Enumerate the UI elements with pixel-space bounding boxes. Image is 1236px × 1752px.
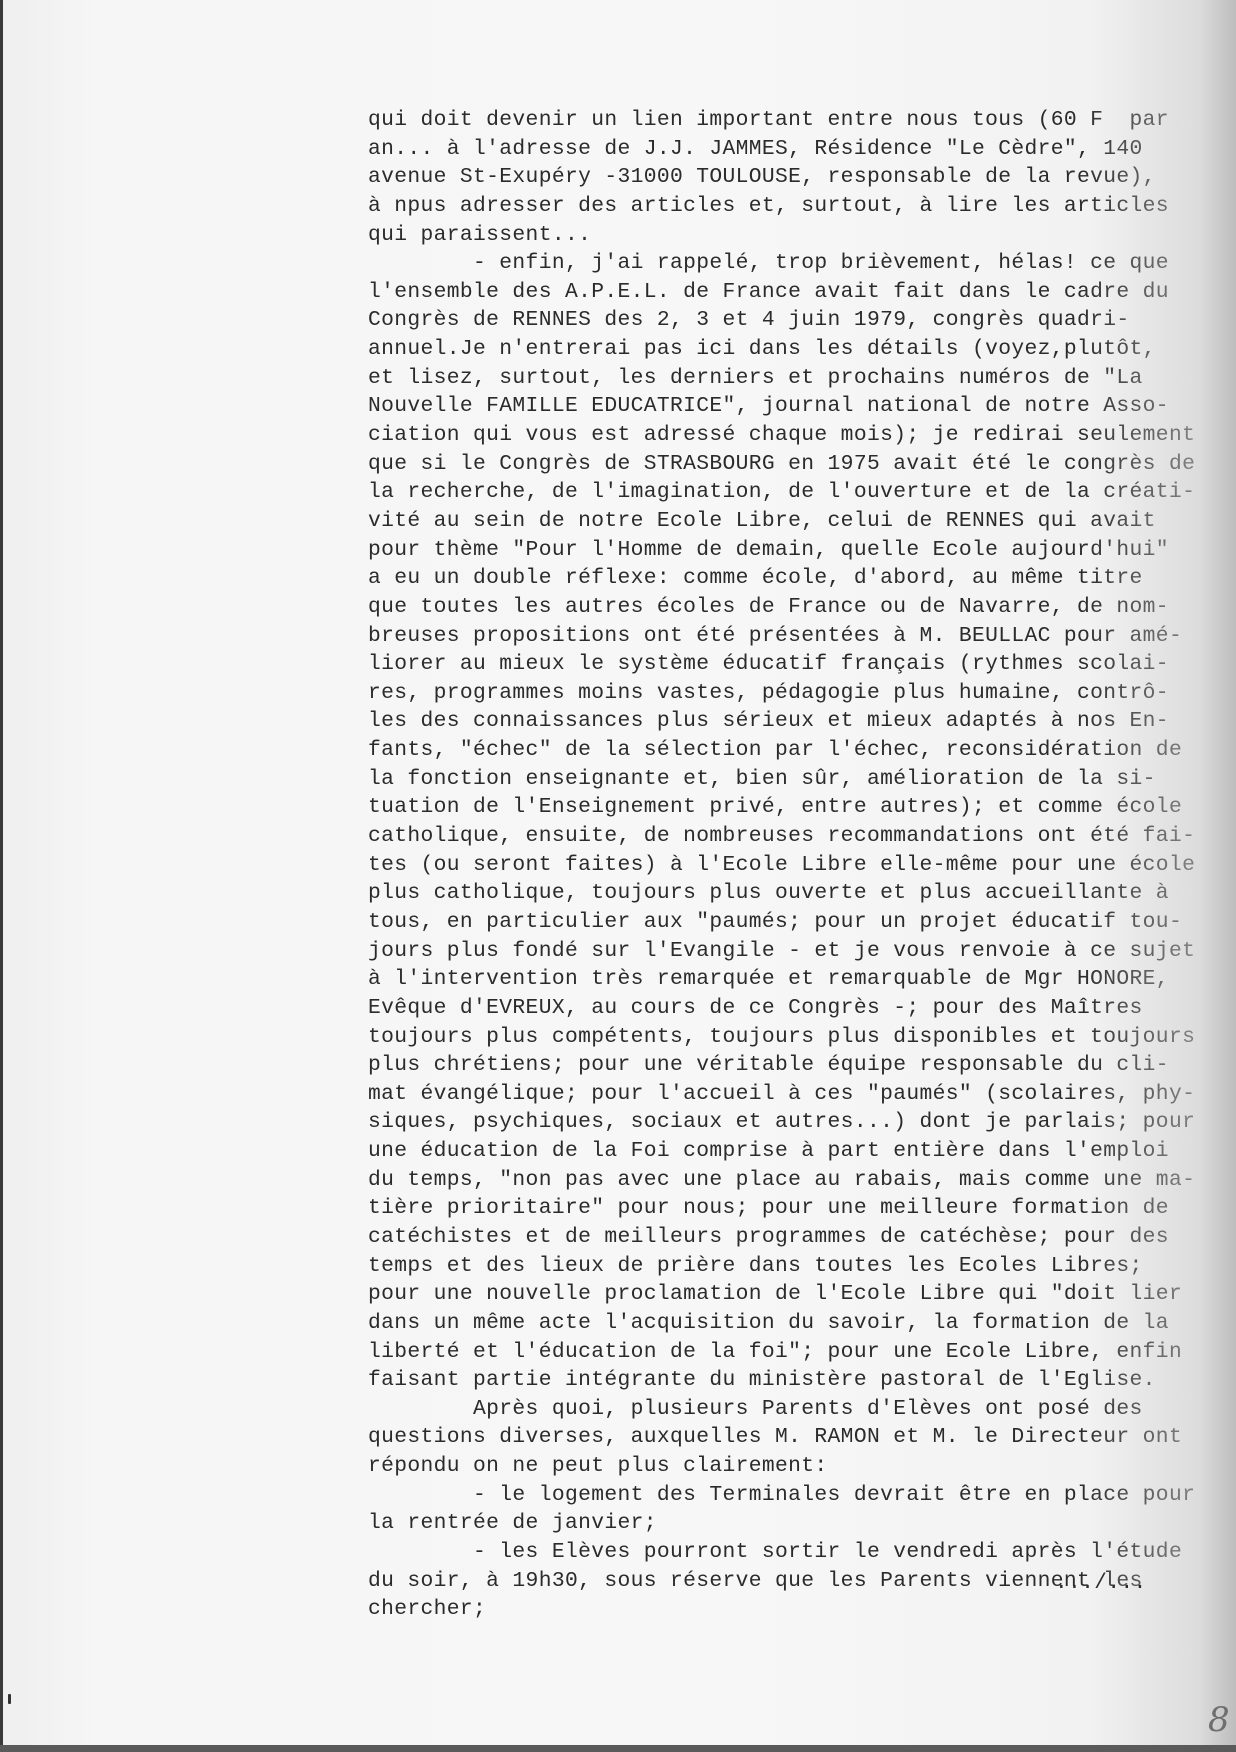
text-line: tes (ou seront faites) à l'Ecole Libre e… [368, 851, 1236, 880]
text-line: catéchistes et de meilleurs programmes d… [368, 1223, 1236, 1252]
text-line: plus chrétiens; pour une véritable équip… [368, 1051, 1236, 1080]
text-line: mat évangélique; pour l'accueil à ces "p… [368, 1080, 1236, 1109]
scan-left-edge [0, 0, 3, 1752]
text-line: annuel.Je n'entrerai pas ici dans les dé… [368, 335, 1236, 364]
text-line: qui paraissent... [368, 221, 1236, 250]
text-line: faisant partie intégrante du ministère p… [368, 1366, 1236, 1395]
text-line: toujours plus compétents, toujours plus … [368, 1023, 1236, 1052]
page-number: 8 [1208, 1700, 1230, 1740]
text-line: Après quoi, plusieurs Parents d'Elèves o… [368, 1395, 1236, 1424]
text-line: tous, en particulier aux "paumés; pour u… [368, 908, 1236, 937]
text-line: la fonction enseignante et, bien sûr, am… [368, 765, 1236, 794]
continuation-mark: .../... [1055, 1572, 1147, 1595]
text-line: la recherche, de l'imagination, de l'ouv… [368, 478, 1236, 507]
text-line: une éducation de la Foi comprise à part … [368, 1137, 1236, 1166]
text-line: pour thème "Pour l'Homme de demain, quel… [368, 536, 1236, 565]
text-line: du temps, "non pas avec une place au rab… [368, 1166, 1236, 1195]
text-line: a eu un double réflexe: comme école, d'a… [368, 564, 1236, 593]
text-line: la rentrée de janvier; [368, 1509, 1236, 1538]
text-line: avenue St-Exupéry -31000 TOULOUSE, respo… [368, 163, 1236, 192]
text-line: liberté et l'éducation de la foi"; pour … [368, 1338, 1236, 1367]
text-line: à npus adresser des articles et, surtout… [368, 192, 1236, 221]
scan-bottom-edge [0, 1745, 1236, 1752]
text-line: qui doit devenir un lien important entre… [368, 106, 1236, 135]
text-line: et lisez, surtout, les derniers et proch… [368, 364, 1236, 393]
scanned-page: qui doit devenir un lien important entre… [3, 0, 1236, 1745]
text-line: les des connaissances plus sérieux et mi… [368, 707, 1236, 736]
text-line: catholique, ensuite, de nombreuses recom… [368, 822, 1236, 851]
text-line: répondu on ne peut plus clairement: [368, 1452, 1236, 1481]
text-line: dans un même acte l'acquisition du savoi… [368, 1309, 1236, 1338]
text-line: liorer au mieux le système éducatif fran… [368, 650, 1236, 679]
text-line: - enfin, j'ai rappelé, trop brièvement, … [368, 249, 1236, 278]
text-line: chercher; [368, 1595, 1236, 1624]
text-line: tuation de l'Enseignement privé, entre a… [368, 793, 1236, 822]
text-line: breuses propositions ont été présentées … [368, 622, 1236, 651]
text-line: Nouvelle FAMILLE EDUCATRICE", journal na… [368, 392, 1236, 421]
text-line: siques, psychiques, sociaux et autres...… [368, 1108, 1236, 1137]
text-line: tière prioritaire" pour nous; pour une m… [368, 1194, 1236, 1223]
text-line: an... à l'adresse de J.J. JAMMES, Réside… [368, 135, 1236, 164]
text-line: - les Elèves pourront sortir le vendredi… [368, 1538, 1236, 1567]
text-line: Evêque d'EVREUX, au cours de ce Congrès … [368, 994, 1236, 1023]
text-line: pour une nouvelle proclamation de l'Ecol… [368, 1280, 1236, 1309]
text-line: ciation qui vous est adressé chaque mois… [368, 421, 1236, 450]
text-line: res, programmes moins vastes, pédagogie … [368, 679, 1236, 708]
text-line: que toutes les autres écoles de France o… [368, 593, 1236, 622]
text-line: l'ensemble des A.P.E.L. de France avait … [368, 278, 1236, 307]
text-line: plus catholique, toujours plus ouverte e… [368, 879, 1236, 908]
text-line: temps et des lieux de prière dans toutes… [368, 1252, 1236, 1281]
text-line: jours plus fondé sur l'Evangile - et je … [368, 937, 1236, 966]
text-line: - le logement des Terminales devrait êtr… [368, 1481, 1236, 1510]
margin-mark [8, 1694, 11, 1704]
text-line: Congrès de RENNES des 2, 3 et 4 juin 197… [368, 306, 1236, 335]
text-line: fants, "échec" de la sélection par l'éch… [368, 736, 1236, 765]
text-line: questions diverses, auxquelles M. RAMON … [368, 1423, 1236, 1452]
typewritten-body: qui doit devenir un lien important entre… [368, 106, 1236, 1624]
text-line: à l'intervention très remarquée et remar… [368, 965, 1236, 994]
text-line: que si le Congrès de STRASBOURG en 1975 … [368, 450, 1236, 479]
text-line: vité au sein de notre Ecole Libre, celui… [368, 507, 1236, 536]
